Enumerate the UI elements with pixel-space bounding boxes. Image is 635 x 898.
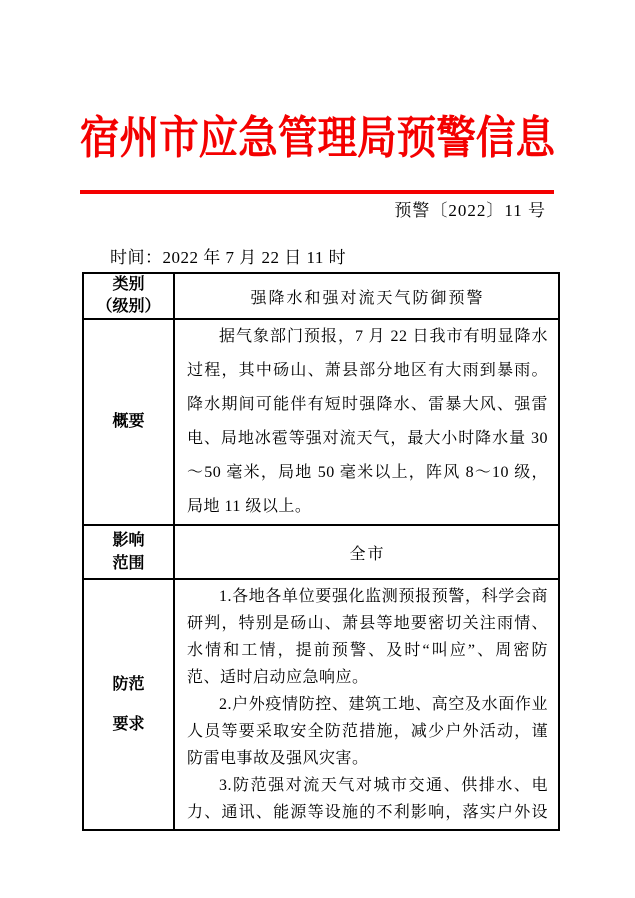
summary-label-cell: 概要 xyxy=(83,319,174,525)
measures-label-line: 要求 xyxy=(84,705,173,745)
table-row-summary: 概要 据气象部门预报，7 月 22 日我市有明显降水过程，其中砀山、萧县部分地区… xyxy=(83,319,559,525)
warning-info-table: 类别 （级别） 强降水和强对流天气防御预警 概要 据气象部门预报，7 月 22 … xyxy=(82,272,560,831)
measures-label-cell: 防范 要求 xyxy=(83,579,174,830)
measures-paragraph-3: 3.防范强对流天气对城市交通、供排水、电力、通讯、能源等设施的不利影响，落实户外… xyxy=(187,772,548,826)
measures-paragraph-1: 1.各地各单位要强化监测预报预警，科学会商研判，特别是砀山、萧县等地要密切关注雨… xyxy=(187,583,548,691)
category-value: 强降水和强对流天气防御预警 xyxy=(187,285,548,308)
summary-value-cell: 据气象部门预报，7 月 22 日我市有明显降水过程，其中砀山、萧县部分地区有大雨… xyxy=(174,319,559,525)
category-label-line: 类别 xyxy=(84,274,173,296)
summary-paragraph: 据气象部门预报，7 月 22 日我市有明显降水过程，其中砀山、萧县部分地区有大雨… xyxy=(187,320,548,524)
document-page: 宿州市应急管理局预警信息 预警〔2022〕11 号 时间：2022 年 7 月 … xyxy=(0,0,635,898)
table-row-measures: 防范 要求 1.各地各单位要强化监测预报预警，科学会商研判，特别是砀山、萧县等地… xyxy=(83,579,559,830)
table-row-category: 类别 （级别） 强降水和强对流天气防御预警 xyxy=(83,273,559,319)
doc-number: 预警〔2022〕11 号 xyxy=(82,199,546,223)
measures-value-cell: 1.各地各单位要强化监测预报预警，科学会商研判，特别是砀山、萧县等地要密切关注雨… xyxy=(174,579,559,830)
scope-label-cell: 影响 范围 xyxy=(83,525,174,579)
category-value-cell: 强降水和强对流天气防御预警 xyxy=(174,273,559,319)
measures-paragraph-2: 2.户外疫情防控、建筑工地、高空及水面作业人员等要采取安全防范措施，减少户外活动… xyxy=(187,691,548,772)
scope-value-cell: 全市 xyxy=(174,525,559,579)
scope-label-line: 范围 xyxy=(84,552,173,575)
page-title: 宿州市应急管理局预警信息 xyxy=(38,108,597,168)
measures-text-clip: 1.各地各单位要强化监测预报预警，科学会商研判，特别是砀山、萧县等地要密切关注雨… xyxy=(187,580,548,826)
category-label-cell: 类别 （级别） xyxy=(83,273,174,319)
category-label-line: （级别） xyxy=(84,296,173,318)
table-row-scope: 影响 范围 全市 xyxy=(83,525,559,579)
measures-label-line: 防范 xyxy=(84,665,173,705)
issue-time: 时间：2022 年 7 月 22 日 11 时 xyxy=(110,246,346,270)
title-divider-rule xyxy=(80,190,554,194)
scope-label-line: 影响 xyxy=(84,529,173,552)
summary-label-line: 概要 xyxy=(84,411,173,433)
scope-value: 全市 xyxy=(187,541,548,564)
